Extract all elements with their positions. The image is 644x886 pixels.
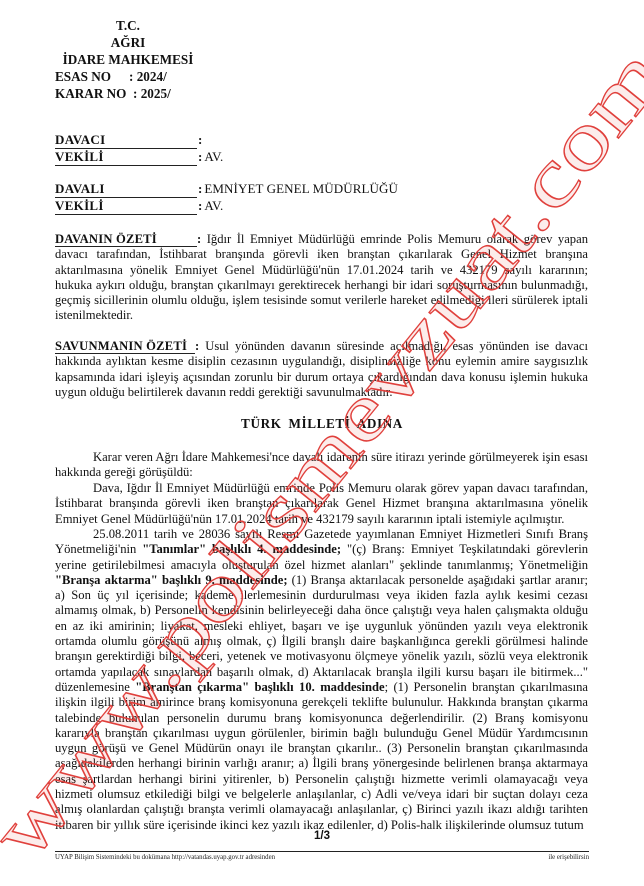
page-number: 1/3 — [0, 830, 644, 842]
party-label: VEKİLİ — [55, 149, 197, 166]
party-davaci: DAVACI: — [55, 132, 204, 149]
party-separator: : — [198, 149, 202, 164]
body-bold-text: "Branşa aktarma" başlıklı 9. maddesinde; — [55, 573, 288, 587]
header-city: AĞRI — [38, 34, 218, 51]
esas-no: ESAS NO: 2024/ — [55, 68, 167, 85]
savunmanin-ozeti-sep: : — [195, 339, 199, 353]
davanin-ozeti-label: DAVANIN ÖZETİ — [55, 232, 197, 247]
party-davali-vekili: VEKİLİ:AV. — [55, 198, 223, 215]
section-title: TÜRK MİLLETİ ADINA — [0, 416, 644, 432]
body-bold-text: "Tanımlar" başlıklı 4. maddesinde; — [142, 542, 341, 556]
body-bold-text: "Branştan çıkarma" başlıklı 10. maddesin… — [135, 680, 384, 694]
party-label: DAVACI — [55, 132, 197, 149]
footer-right-text: ile erişebilirsin — [548, 854, 589, 861]
party-label: DAVALI — [55, 181, 197, 198]
body-paragraph-1: Karar veren Ağrı İdare Mahkemesi'nce dav… — [55, 450, 588, 481]
body-text: ; (1) Personelin branştan çıkarılmasına … — [55, 680, 588, 832]
party-value: AV. — [204, 149, 223, 164]
party-value: EMNİYET GENEL MÜDÜRLÜĞÜ — [204, 181, 398, 196]
body-text: (1) Branşa aktarılacak personelde aşağıd… — [55, 573, 588, 694]
savunmanin-ozeti: SAVUNMANIN ÖZETİ: Usul yönünden davanın … — [55, 339, 588, 400]
davanin-ozeti: DAVANIN ÖZETİ: Iğdır İl Emniyet Müdürlüğ… — [55, 232, 588, 324]
esas-label: ESAS NO — [55, 68, 129, 85]
savunmanin-ozeti-label: SAVUNMANIN ÖZETİ — [55, 339, 195, 354]
party-davali: DAVALI:EMNİYET GENEL MÜDÜRLÜĞÜ — [55, 181, 398, 198]
davanin-ozeti-sep: : — [197, 232, 201, 246]
party-label: VEKİLİ — [55, 198, 197, 215]
karar-no: KARAR NO: 2025/ — [55, 85, 171, 102]
body-paragraph-2: Dava, Iğdır İl Emniyet Müdürlüğü emrinde… — [55, 481, 588, 527]
party-separator: : — [198, 181, 202, 196]
karar-value: : 2025/ — [133, 86, 171, 101]
party-davaci-vekili: VEKİLİ:AV. — [55, 149, 223, 166]
party-separator: : — [198, 198, 202, 213]
document-page: T.C. AĞRI İDARE MAHKEMESİ ESAS NO: 2024/… — [0, 0, 644, 886]
header-country: T.C. — [38, 17, 218, 34]
header-court: İDARE MAHKEMESİ — [38, 51, 218, 68]
footer-left-text: UYAP Bilişim Sistemindeki bu dokümana ht… — [55, 854, 275, 861]
esas-value: : 2024/ — [129, 69, 167, 84]
body-paragraph-3: 25.08.2011 tarih ve 28036 sayılı Resmi G… — [55, 527, 588, 833]
karar-label: KARAR NO — [55, 85, 133, 102]
party-value: AV. — [204, 198, 223, 213]
footer-divider — [55, 851, 589, 852]
party-separator: : — [198, 132, 202, 147]
